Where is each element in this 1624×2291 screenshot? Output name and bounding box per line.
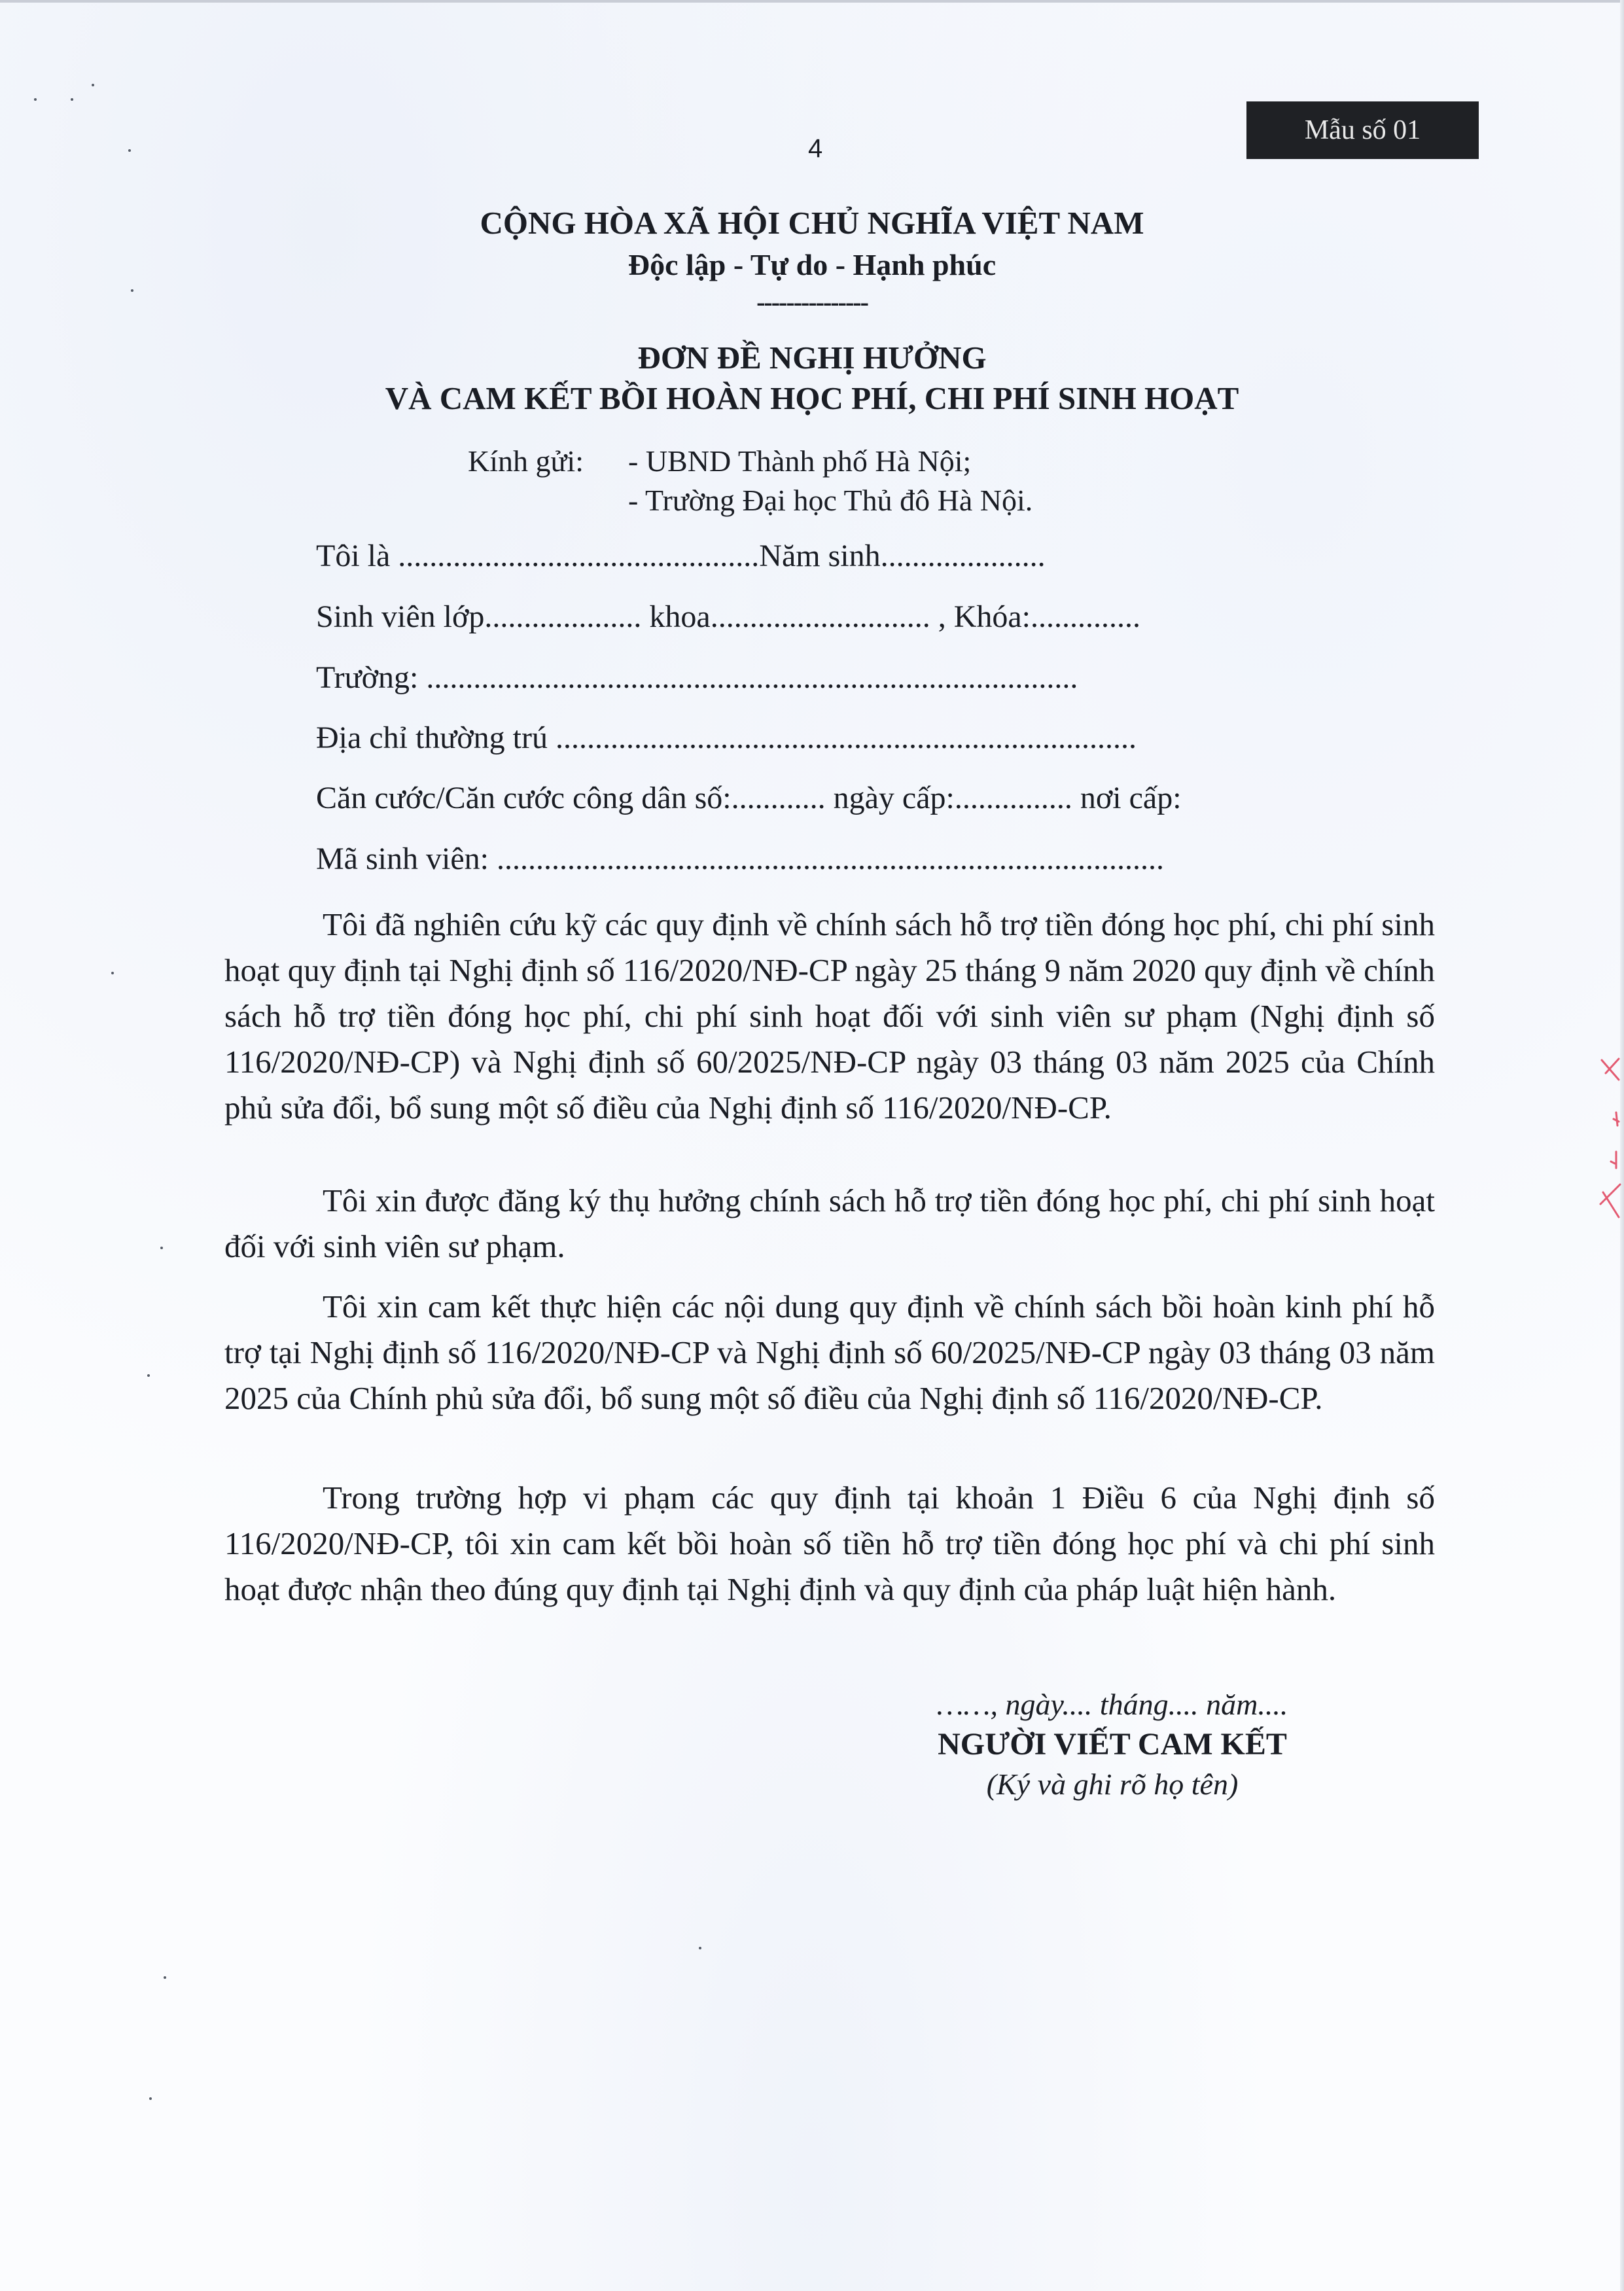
scan-speck	[149, 2097, 152, 2100]
signature-title: NGƯỜI VIẾT CAM KẾT	[851, 1726, 1374, 1762]
signature-date-line[interactable]: ……, ngày.... tháng.... năm....	[851, 1687, 1374, 1722]
field-name-birth-year[interactable]: Tôi là .................................…	[316, 538, 1046, 574]
scan-speck	[131, 289, 133, 292]
scan-speck	[34, 98, 37, 101]
paragraph-acknowledgement: Tôi đã nghiên cứu kỹ các quy định về chí…	[224, 902, 1435, 1131]
scan-speck	[92, 84, 94, 86]
signature-note: (Ký và ghi rõ họ tên)	[851, 1767, 1374, 1802]
scan-top-edge	[0, 0, 1624, 3]
scan-speck	[147, 1374, 150, 1377]
scan-speck	[164, 1976, 166, 1979]
field-school[interactable]: Trường: ................................…	[316, 660, 1078, 696]
red-stamp-mark-icon	[1597, 1054, 1624, 1224]
paragraph-registration: Tôi xin được đăng ký thụ hưởng chính sác…	[224, 1178, 1435, 1270]
field-student-id[interactable]: Mã sinh viên: ..........................…	[316, 841, 1164, 877]
scan-speck	[128, 149, 131, 152]
scan-speck	[160, 1247, 163, 1249]
recipient-item: - UBND Thành phố Hà Nội;	[628, 444, 971, 478]
field-class-faculty-cohort[interactable]: Sinh viên lớp.................... khoa..…	[316, 599, 1140, 635]
scan-speck	[699, 1947, 701, 1949]
page-number: 4	[808, 134, 822, 164]
field-id-card[interactable]: Căn cước/Căn cước công dân số:..........…	[316, 780, 1182, 816]
national-motto: Độc lập - Tự do - Hạnh phúc	[0, 247, 1624, 282]
national-header: CỘNG HÒA XÃ HỘI CHỦ NGHĨA VIỆT NAM	[0, 204, 1624, 241]
paragraph-reimbursement: Trong trường hợp vi phạm các quy định tạ…	[224, 1475, 1435, 1612]
scan-speck	[111, 972, 114, 974]
scan-speck	[71, 98, 73, 101]
recipient-item: - Trường Đại học Thủ đô Hà Nội.	[628, 483, 1033, 518]
document-title-line-2: VÀ CAM KẾT BỒI HOÀN HỌC PHÍ, CHI PHÍ SIN…	[0, 380, 1624, 417]
header-divider: ---------------	[0, 287, 1624, 317]
field-permanent-address[interactable]: Địa chỉ thường trú .....................…	[316, 720, 1137, 756]
paragraph-commitment: Tôi xin cam kết thực hiện các nội dung q…	[224, 1284, 1435, 1421]
form-number-badge: Mẫu số 01	[1246, 101, 1479, 159]
document-title-line-1: ĐƠN ĐỀ NGHỊ HƯỞNG	[0, 339, 1624, 376]
recipient-label: Kính gửi:	[468, 444, 584, 478]
